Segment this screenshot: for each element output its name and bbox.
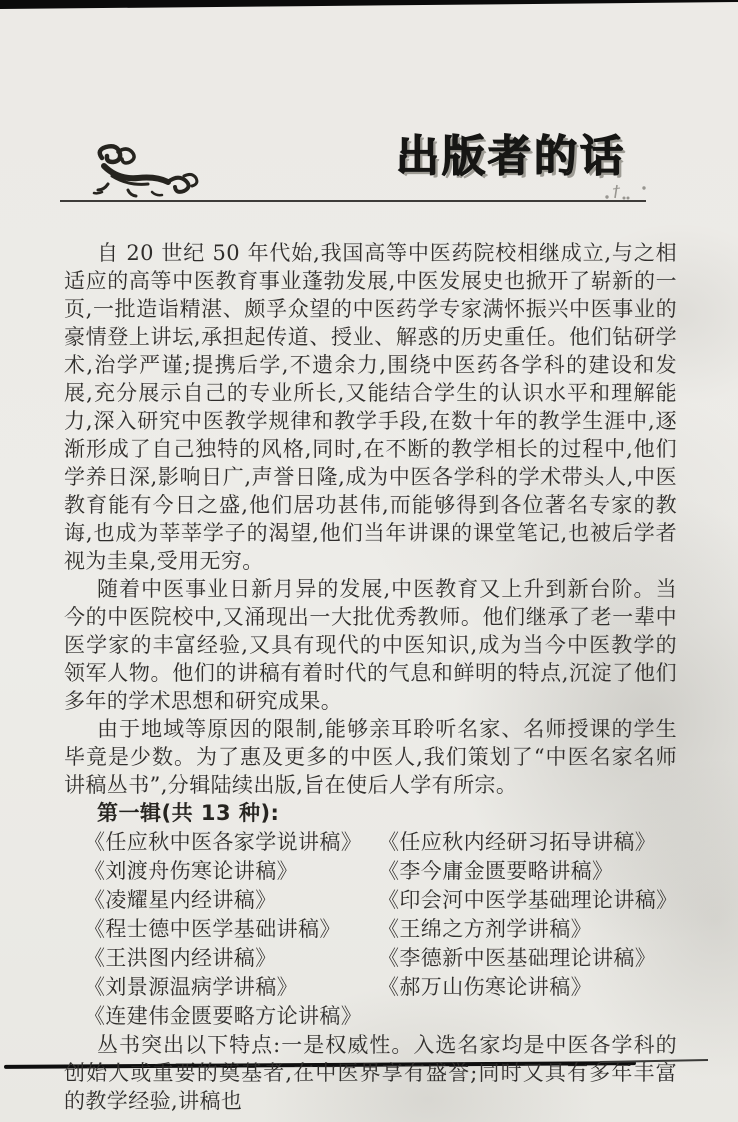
book-title: 《凌耀星内经讲稿》 <box>84 886 378 915</box>
paragraph-history: 自 20 世纪 50 年代始,我国高等中医药院校相继成立,与之相适应的高等中医教… <box>64 239 677 575</box>
book-title: 《印会河中医学基础理论讲稿》 <box>378 886 678 915</box>
publisher-note-body: 自 20 世纪 50 年代始,我国高等中医药院校相继成立,与之相适应的高等中医教… <box>64 239 677 1115</box>
book-title: 《王洪图内经讲稿》 <box>84 944 378 973</box>
book-title: 《李德新中医基础理论讲稿》 <box>378 944 678 973</box>
book-list-left-column: 《任应秋中医各家学说讲稿》 《刘渡舟伤寒论讲稿》 《凌耀星内经讲稿》 《程士德中… <box>84 828 378 1031</box>
paragraph-series-purpose: 由于地域等原因的限制,能够亲耳聆听名家、名师授课的学生毕竟是少数。为了惠及更多的… <box>64 715 677 799</box>
book-title: 《任应秋中医各家学说讲稿》 <box>84 828 378 857</box>
paragraph-series-features: 丛书突出以下特点:一是权威性。入选名家均是中医各学科的创始人或重要的奠基者,在中… <box>64 1031 677 1115</box>
book-title: 《郝万山伤寒论讲稿》 <box>378 973 678 1002</box>
series-heading: 第一辑(共 13 种): <box>64 799 677 828</box>
paragraph-new-generation: 随着中医事业日新月异的发展,中医教育又上升到新台阶。当今的中医院校中,又涌现出一… <box>64 575 677 715</box>
book-list: 《任应秋中医各家学说讲稿》 《刘渡舟伤寒论讲稿》 《凌耀星内经讲稿》 《程士德中… <box>64 828 677 1031</box>
book-title: 《刘景源温病学讲稿》 <box>84 973 378 1002</box>
book-list-right-column: 《任应秋内经研习拓导讲稿》 《李今庸金匮要略讲稿》 《印会河中医学基础理论讲稿》… <box>378 828 678 1031</box>
book-title: 《程士德中医学基础讲稿》 <box>84 915 378 944</box>
book-title: 《连建伟金匮要略方论讲稿》 <box>84 1002 378 1031</box>
book-title: 《任应秋内经研习拓导讲稿》 <box>378 828 678 857</box>
book-title: 《王绵之方剂学讲稿》 <box>378 915 678 944</box>
page-title: 出版者的话 <box>396 132 656 182</box>
dragon-ornament-icon <box>88 142 200 200</box>
book-title: 《李今庸金匮要略讲稿》 <box>378 857 678 886</box>
header-rule <box>60 200 646 202</box>
book-title: 《刘渡舟伤寒论讲稿》 <box>84 857 378 886</box>
